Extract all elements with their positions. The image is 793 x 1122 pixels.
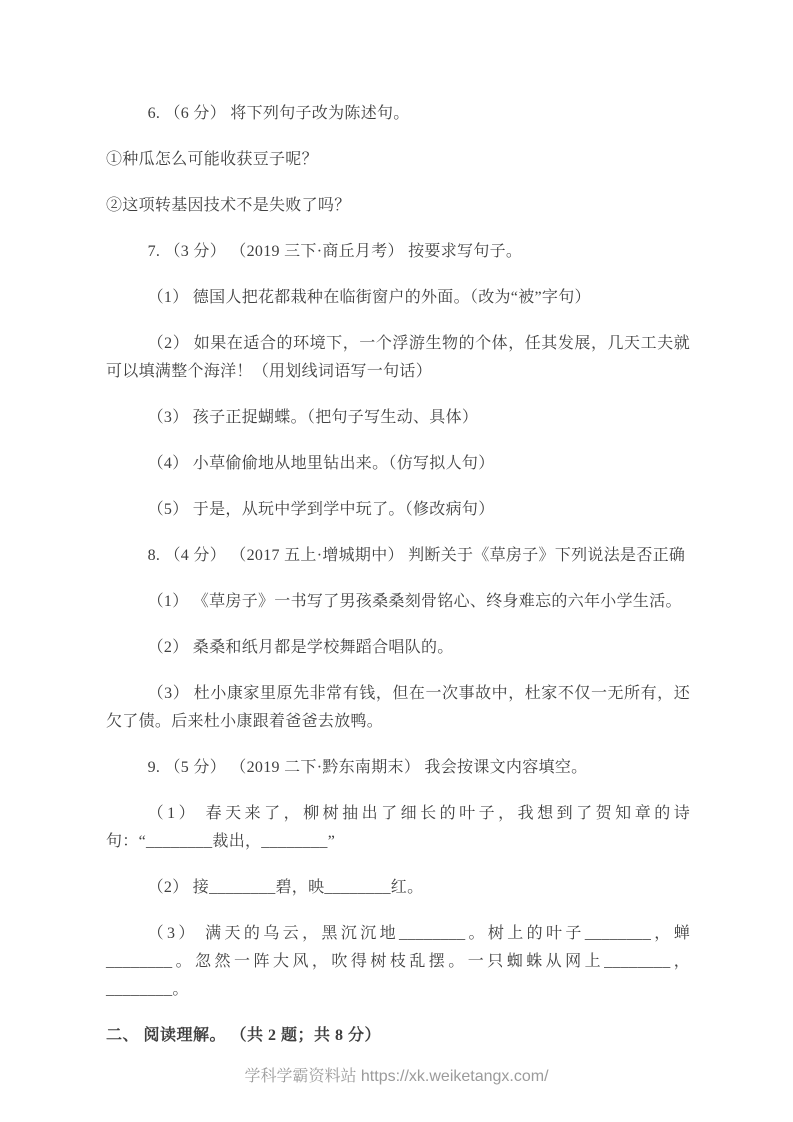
exam-page-content: 6. （6 分） 将下列句子改为陈述句。 ①种瓜怎么可能收获豆子呢？ ②这项转基… — [106, 100, 690, 1050]
question-8: 8. （4 分） （2017 五上·增城期中） 判断关于《草房子》下列说法是否正… — [106, 542, 690, 736]
question-7-item-3: （3） 孩子正捉蝴蝶。（把句子写生动、具体） — [106, 404, 690, 432]
question-6-heading: 6. （6 分） 将下列句子改为陈述句。 — [106, 100, 690, 128]
question-7-item-5: （5） 于是，从玩中学到学中玩了。（修改病句） — [106, 496, 690, 524]
footer-watermark: 学科学霸资料站 https://xk.weiketangx.com/ — [0, 1066, 793, 1088]
question-6: 6. （6 分） 将下列句子改为陈述句。 ①种瓜怎么可能收获豆子呢？ ②这项转基… — [106, 100, 690, 220]
question-8-heading: 8. （4 分） （2017 五上·增城期中） 判断关于《草房子》下列说法是否正… — [106, 542, 690, 570]
question-9: 9. （5 分） （2019 二下·黔东南期末） 我会按课文内容填空。 （1） … — [106, 754, 690, 1004]
section-2-header: 二、 阅读理解。 （共 2 题；共 8 分） — [106, 1022, 690, 1050]
question-7-heading: 7. （3 分） （2019 三下·商丘月考） 按要求写句子。 — [106, 238, 690, 266]
question-8-item-3: （3） 杜小康家里原先非常有钱，但在一次事故中，杜家不仅一无所有，还欠了债。后来… — [106, 680, 690, 736]
question-9-item-2: （2） 接________碧，映________红。 — [106, 874, 690, 902]
question-9-item-3: （3） 满天的乌云，黑沉沉地________。树上的叶子________，蝉__… — [106, 920, 690, 1004]
question-7-item-2: （2） 如果在适合的环境下，一个浮游生物的个体，任其发展，几天工夫就可以填满整个… — [106, 330, 690, 386]
question-7-item-4: （4） 小草偷偷地从地里钻出来。（仿写拟人句） — [106, 450, 690, 478]
question-8-item-1: （1） 《草房子》一书写了男孩桑桑刻骨铭心、终身难忘的六年小学生活。 — [106, 588, 690, 616]
question-9-item-1: （1） 春天来了，柳树抽出了细长的叶子，我想到了贺知章的诗句：“________… — [106, 800, 690, 856]
question-8-item-2: （2） 桑桑和纸月都是学校舞蹈合唱队的。 — [106, 634, 690, 662]
question-6-sentence-2: ②这项转基因技术不是失败了吗？ — [106, 192, 690, 220]
question-9-heading: 9. （5 分） （2019 二下·黔东南期末） 我会按课文内容填空。 — [106, 754, 690, 782]
question-7: 7. （3 分） （2019 三下·商丘月考） 按要求写句子。 （1） 德国人把… — [106, 238, 690, 524]
question-7-item-1: （1） 德国人把花都栽种在临街窗户的外面。（改为“被”字句） — [106, 284, 690, 312]
question-6-sentence-1: ①种瓜怎么可能收获豆子呢？ — [106, 146, 690, 174]
